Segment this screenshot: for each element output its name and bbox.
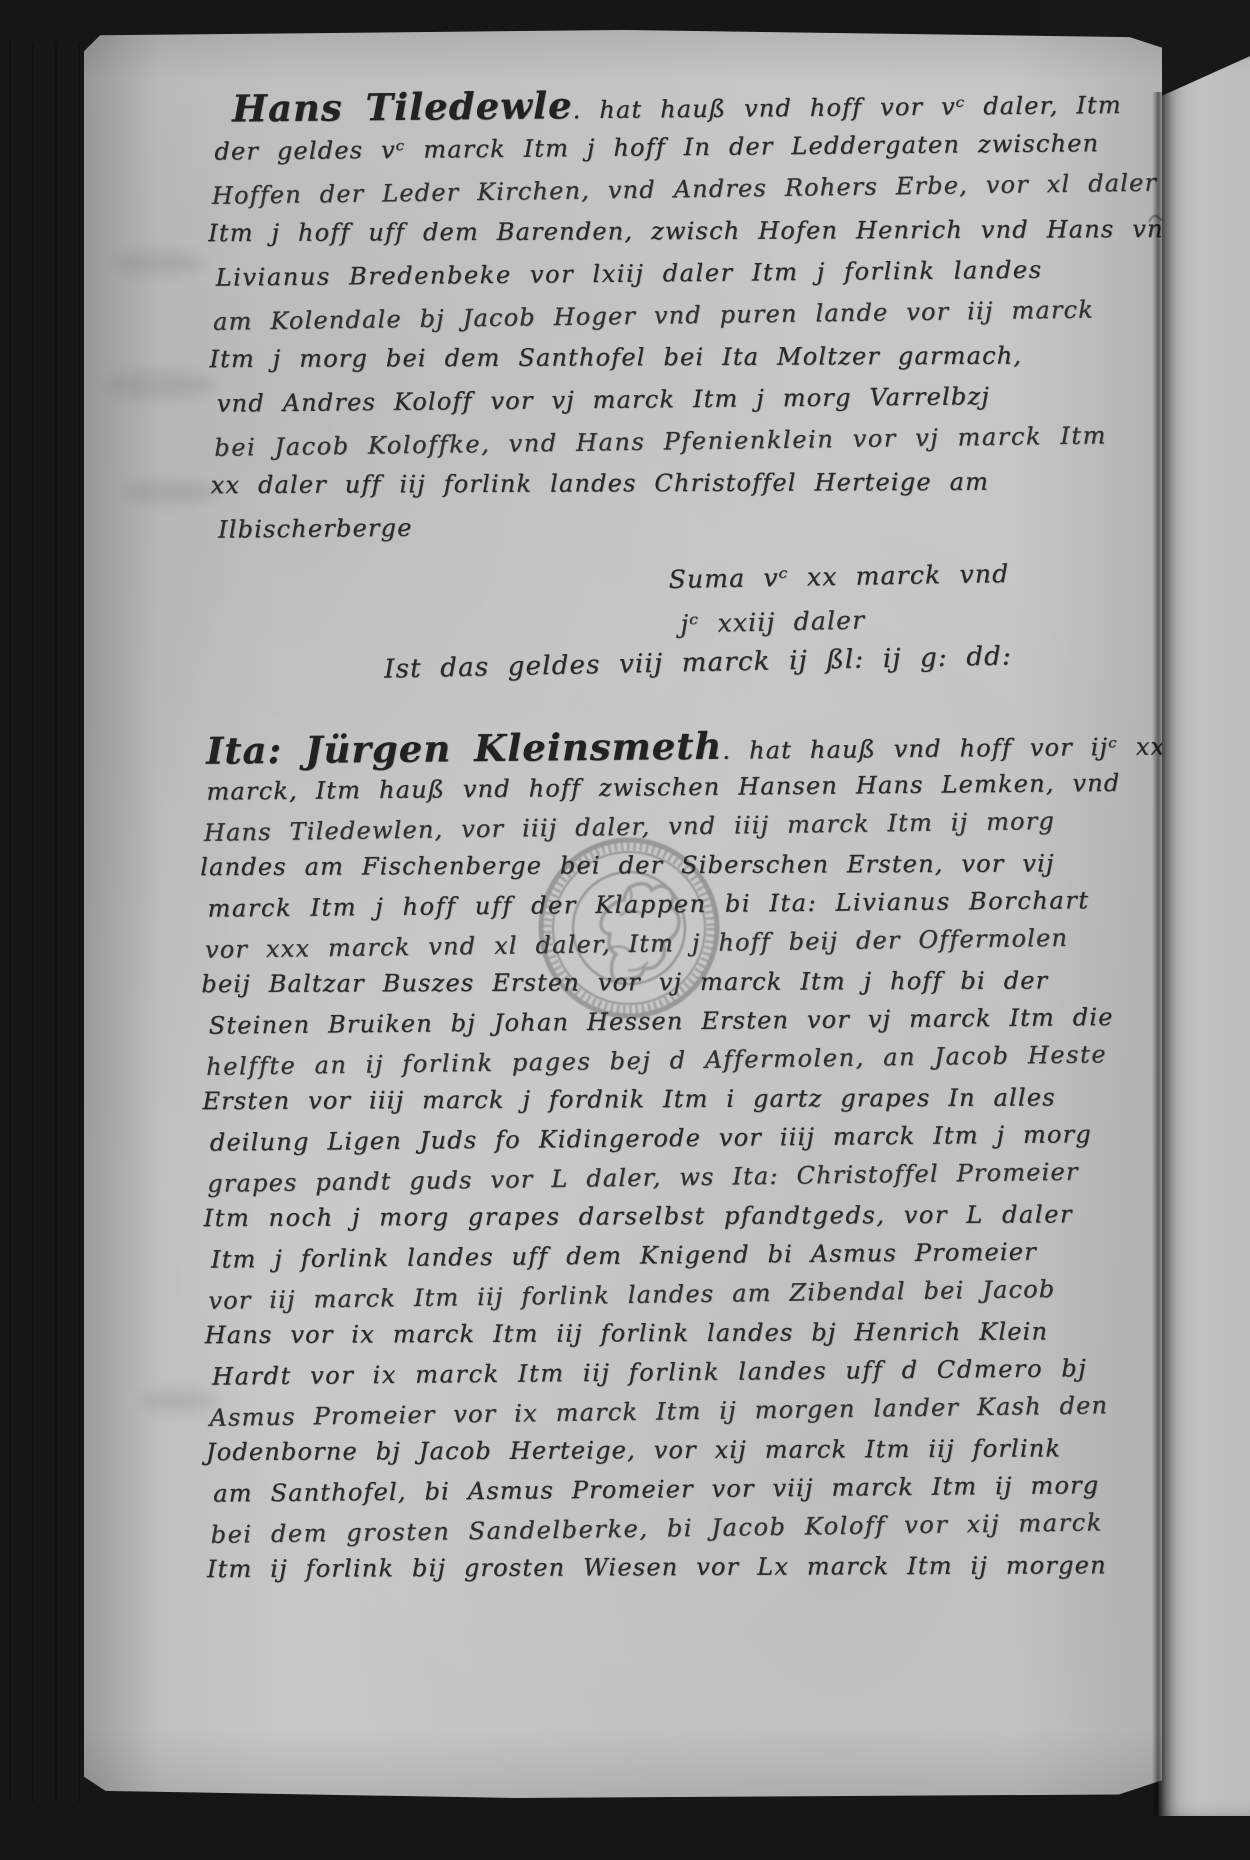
handwritten-line: beij Baltzar Buszes Ersten vor vj marck … (201, 961, 1175, 1004)
handwritten-line: Itm j hoff uff dem Barenden, zwisch Hofe… (208, 208, 1180, 254)
bleedthrough-smudge (106, 370, 216, 400)
facing-page-edge (1158, 54, 1250, 1816)
money-conversion-note: Ist das geldes viij marck ij ßl: ij g: d… (384, 641, 1012, 684)
handwritten-line: Itm noch j morg grapes darselbst pfandtg… (204, 1195, 1178, 1238)
sum-line: jᶜ xxiij daler (666, 595, 1008, 646)
entry-person-name: Ita: Jürgen Kleinsmeth (206, 724, 723, 773)
manuscript-page: Hans Tiledewle. hat hauß vnd hoff vor vᶜ… (84, 30, 1162, 1798)
entry-body-lines: marck, Itm hauß vnd hoff zwischen Hansen… (206, 763, 1188, 1591)
entry-body-lines: der geldes vᶜ marck Itm j hoff In der Le… (214, 121, 1190, 550)
handwritten-line: Ilbischerberge (218, 499, 1190, 550)
handwritten-line: Jodenborne bj Jacob Herteige, vor xij ma… (206, 1429, 1180, 1472)
bleedthrough-smudge (124, 480, 219, 504)
entry-heading-continuation: . hat hauß vnd hoff vor ijᶜ xxx (722, 732, 1180, 764)
handwritten-line: xx daler uff iij forlink landes Christof… (211, 460, 1183, 506)
bleedthrough-smudge (139, 1390, 219, 1412)
handwritten-line: landes am Fischenberge bei der Sibersche… (200, 844, 1174, 887)
handwritten-line: Itm j morg bei dem Santhofel bei Ita Mol… (209, 334, 1181, 380)
entry-person-name: Hans Tiledewle (232, 83, 573, 130)
register-entry-jurgen-kleinsmeth: Ita: Jürgen Kleinsmeth. hat hauß vnd hof… (206, 719, 1188, 1591)
manuscript-photo: Hans Tiledewle. hat hauß vnd hoff vor vᶜ… (0, 0, 1250, 1860)
page-gutter-crease (1152, 92, 1166, 1816)
register-entry-hans-tiledewle: Hans Tiledewle. hat hauß vnd hoff vor vᶜ… (214, 77, 1190, 550)
handwritten-line: Ersten vor iiij marck j fordnik Itm i ga… (202, 1078, 1176, 1121)
sum-line: Suma vᶜ xx marck vnd (668, 552, 1009, 602)
entry-heading-continuation: . hat hauß vnd hoff vor vᶜ daler, Itm (572, 91, 1121, 124)
sum-note: Suma vᶜ xx marck vnd jᶜ xxiij daler (668, 552, 1010, 646)
handwritten-line: Hans vor ix marck Itm iij forlink landes… (205, 1312, 1179, 1355)
bleedthrough-smudge (114, 250, 204, 276)
handwritten-line: Itm ij forlink bij grosten Wiesen vor Lx… (207, 1546, 1181, 1589)
page-stack-shading (0, 42, 92, 1802)
